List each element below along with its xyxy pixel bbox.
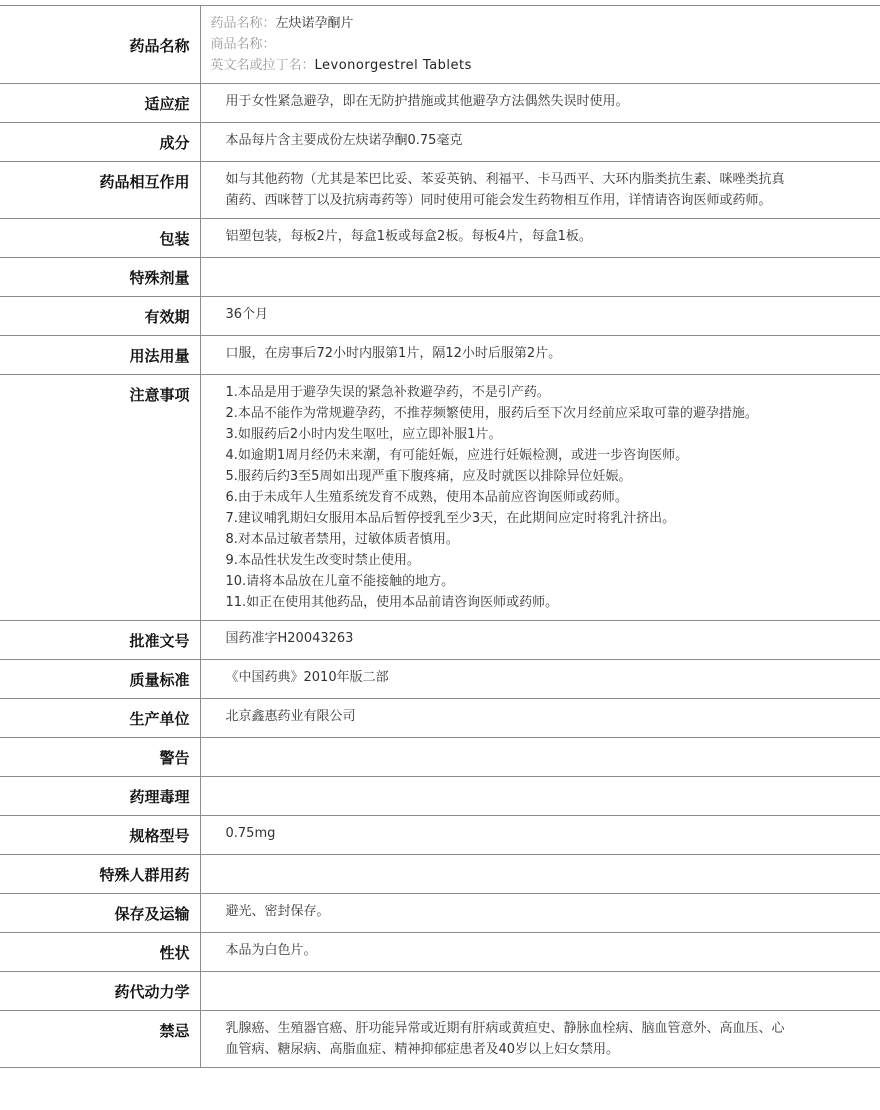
row-label: 药理毒理	[0, 777, 200, 816]
row-value: 0.75mg	[200, 816, 880, 855]
row-value: 口服，在房事后72小时内服第1片，隔12小时后服第2片。	[200, 336, 880, 375]
row-value: 乳腺癌、生殖器官癌、肝功能异常或近期有肝病或黄疸史、静脉血栓病、脑血管意外、高血…	[200, 1011, 880, 1068]
precautions-list: 1.本品是用于避孕失误的紧急补救避孕药，不是引产药。 2.本品不能作为常规避孕药…	[200, 375, 880, 621]
row-label: 警告	[0, 738, 200, 777]
precaution-item: 9.本品性状发生改变时禁止使用。	[226, 550, 791, 571]
row-special-populations: 特殊人群用药	[0, 855, 880, 894]
row-label: 药品名称	[0, 6, 200, 84]
row-precautions: 注意事项 1.本品是用于避孕失误的紧急补救避孕药，不是引产药。 2.本品不能作为…	[0, 375, 880, 621]
row-contraindications: 禁忌乳腺癌、生殖器官癌、肝功能异常或近期有肝病或黄疸史、静脉血栓病、脑血管意外、…	[0, 1011, 880, 1068]
precaution-item: 2.本品不能作为常规避孕药，不推荐频繁使用，服药后至下次月经前应采取可靠的避孕措…	[226, 403, 791, 424]
precaution-item: 11.如正在使用其他药品，使用本品前请咨询医师或药师。	[226, 592, 791, 613]
row-value	[200, 777, 880, 816]
row-label: 成分	[0, 123, 200, 162]
row-approval-number: 批准文号国药准字H20043263	[0, 621, 880, 660]
precaution-item: 6.由于未成年人生殖系统发育不成熟，使用本品前应咨询医师或药师。	[226, 487, 791, 508]
row-description: 性状本品为白色片。	[0, 933, 880, 972]
row-value: 用于女性紧急避孕，即在无防护措施或其他避孕方法偶然失误时使用。	[200, 84, 880, 123]
precaution-item: 3.如服药后2小时内发生呕吐，应立即补服1片。	[226, 424, 791, 445]
row-value: 北京鑫惠药业有限公司	[200, 699, 880, 738]
row-label: 包装	[0, 219, 200, 258]
row-value: 《中国药典》2010年版二部	[200, 660, 880, 699]
row-drug-name: 药品名称 药品名称：左炔诺孕酮片 商品名称： 英文名或拉丁名：Levonorge…	[0, 6, 880, 84]
row-interactions: 药品相互作用如与其他药物（尤其是苯巴比妥、苯妥英钠、利福平、卡马西平、大环内脂类…	[0, 162, 880, 219]
row-quality-standard: 质量标准《中国药典》2010年版二部	[0, 660, 880, 699]
row-label: 特殊人群用药	[0, 855, 200, 894]
row-indications: 适应症用于女性紧急避孕，即在无防护措施或其他避孕方法偶然失误时使用。	[0, 84, 880, 123]
row-label: 用法用量	[0, 336, 200, 375]
row-label: 保存及运输	[0, 894, 200, 933]
row-value: 如与其他药物（尤其是苯巴比妥、苯妥英钠、利福平、卡马西平、大环内脂类抗生素、咪唑…	[200, 162, 880, 219]
row-label: 适应症	[0, 84, 200, 123]
row-label: 质量标准	[0, 660, 200, 699]
row-warning: 警告	[0, 738, 880, 777]
drug-spec-table: 药品名称 药品名称：左炔诺孕酮片 商品名称： 英文名或拉丁名：Levonorge…	[0, 5, 880, 1068]
row-specification: 规格型号0.75mg	[0, 816, 880, 855]
drug-name-block: 药品名称：左炔诺孕酮片 商品名称： 英文名或拉丁名：Levonorgestrel…	[200, 6, 880, 84]
row-label: 禁忌	[0, 1011, 200, 1068]
row-manufacturer: 生产单位北京鑫惠药业有限公司	[0, 699, 880, 738]
precaution-item: 5.服药后约3至5周如出现严重下腹疼痛，应及时就医以排除异位妊娠。	[226, 466, 791, 487]
precaution-item: 4.如逾期1周月经仍未来潮，有可能妊娠，应进行妊娠检测，或进一步咨询医师。	[226, 445, 791, 466]
row-value: 36个月	[200, 297, 880, 336]
row-value: 避光、密封保存。	[200, 894, 880, 933]
row-value	[200, 972, 880, 1011]
precaution-item: 10.请将本品放在儿童不能接触的地方。	[226, 571, 791, 592]
row-pharmacology: 药理毒理	[0, 777, 880, 816]
row-value	[200, 258, 880, 297]
row-packaging: 包装铝塑包装，每板2片，每盒1板或每盒2板。每板4片，每盒1板。	[0, 219, 880, 258]
row-label: 生产单位	[0, 699, 200, 738]
row-value: 国药准字H20043263	[200, 621, 880, 660]
trade-name-label: 商品名称：	[211, 37, 276, 52]
generic-name-value: 左炔诺孕酮片	[276, 16, 354, 31]
row-label: 性状	[0, 933, 200, 972]
english-name-value: Levonorgestrel Tablets	[315, 58, 472, 73]
row-label: 规格型号	[0, 816, 200, 855]
row-label: 药代动力学	[0, 972, 200, 1011]
row-ingredients: 成分本品每片含主要成份左炔诺孕酮0.75毫克	[0, 123, 880, 162]
generic-name-label: 药品名称：	[211, 16, 276, 31]
row-pharmacokinetics: 药代动力学	[0, 972, 880, 1011]
row-special-dosage: 特殊剂量	[0, 258, 880, 297]
row-label: 有效期	[0, 297, 200, 336]
row-storage: 保存及运输避光、密封保存。	[0, 894, 880, 933]
row-label: 药品相互作用	[0, 162, 200, 219]
precaution-item: 7.建议哺乳期妇女服用本品后暂停授乳至少3天，在此期间应定时将乳汁挤出。	[226, 508, 791, 529]
row-shelf-life: 有效期36个月	[0, 297, 880, 336]
row-value	[200, 738, 880, 777]
row-value: 铝塑包装，每板2片，每盒1板或每盒2板。每板4片，每盒1板。	[200, 219, 880, 258]
row-value	[200, 855, 880, 894]
row-dosage: 用法用量口服，在房事后72小时内服第1片，隔12小时后服第2片。	[0, 336, 880, 375]
precaution-item: 1.本品是用于避孕失误的紧急补救避孕药，不是引产药。	[226, 382, 791, 403]
row-label: 特殊剂量	[0, 258, 200, 297]
row-value: 本品为白色片。	[200, 933, 880, 972]
row-value: 本品每片含主要成份左炔诺孕酮0.75毫克	[200, 123, 880, 162]
row-label: 批准文号	[0, 621, 200, 660]
english-name-label: 英文名或拉丁名：	[211, 58, 315, 73]
row-label: 注意事项	[0, 375, 200, 621]
precaution-item: 8.对本品过敏者禁用，过敏体质者慎用。	[226, 529, 791, 550]
